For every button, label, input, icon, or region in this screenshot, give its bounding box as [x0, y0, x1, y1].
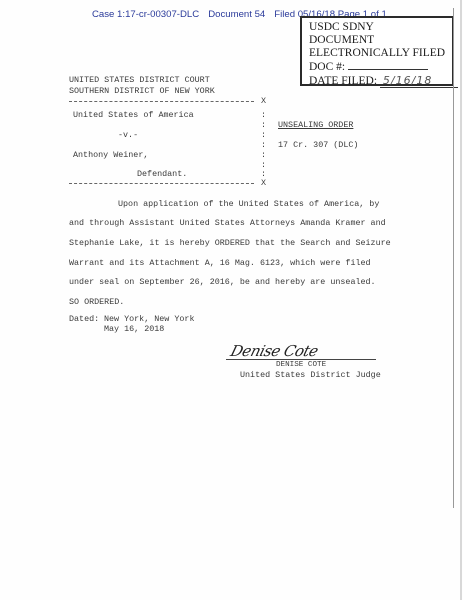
page-edge — [460, 0, 462, 600]
plaintiff-name: United States of America — [73, 110, 194, 120]
stamp-date-label: DATE FILED: — [309, 75, 377, 87]
signature-line — [226, 359, 376, 360]
scan-edge-line — [453, 8, 454, 508]
defendant-name: Anthony Weiner, — [73, 150, 148, 160]
caption-colon: : — [261, 120, 266, 130]
stamp-electronically-filed: ELECTRONICALLY FILED — [309, 47, 452, 60]
dated-place: New York, New York — [104, 314, 194, 324]
stamp-date-handwritten: 5/16/18 — [380, 74, 458, 88]
judge-title: United States District Judge — [240, 370, 381, 380]
document-page: Case 1:17-cr-00307-DLCDocument 54Filed 0… — [0, 0, 463, 600]
judge-handwritten-signature: Denise Cote — [229, 342, 320, 360]
body-line-1: Upon application of the United States of… — [118, 199, 379, 209]
caption-bottom-rule — [69, 183, 254, 184]
caption-top-x: X — [261, 96, 266, 106]
case-number: 17 Cr. 307 (DLC) — [278, 140, 358, 150]
body-line-5: under seal on September 26, 2016, be and… — [69, 277, 376, 287]
stamp-document: DOCUMENT — [309, 34, 452, 47]
stamp-court: USDC SDNY — [309, 21, 452, 34]
body-line-4: Warrant and its Attachment A, 16 Mag. 61… — [69, 258, 371, 268]
body-line-2: and through Assistant United States Atto… — [69, 218, 386, 228]
order-title: UNSEALING ORDER — [278, 120, 353, 130]
stamp-doc-blank — [348, 60, 428, 70]
caption-colon: : — [261, 130, 266, 140]
body-line-3: Stephanie Lake, it is hereby ORDERED tha… — [69, 238, 391, 248]
caption-colon: : — [261, 150, 266, 160]
judge-name: DENISE COTE — [276, 361, 326, 369]
clerk-filing-stamp: USDC SDNY DOCUMENT ELECTRONICALLY FILED … — [300, 16, 454, 86]
caption-colon: : — [261, 110, 266, 120]
case-number-header: Case 1:17-cr-00307-DLC — [92, 9, 199, 20]
dated-label: Dated: — [69, 314, 99, 324]
caption-top-rule — [69, 101, 254, 102]
stamp-doc-label: DOC #: — [309, 61, 345, 73]
defendant-label: Defendant. — [137, 169, 187, 179]
court-name-line2: SOUTHERN DISTRICT OF NEW YORK — [69, 86, 215, 96]
dated-date: May 16, 2018 — [104, 324, 164, 334]
caption-bottom-x: X — [261, 178, 266, 188]
document-number-header: Document 54 — [208, 9, 265, 20]
court-name-line1: UNITED STATES DISTRICT COURT — [69, 75, 210, 85]
versus-label: -v.- — [118, 130, 138, 140]
caption-colon: : — [261, 140, 266, 150]
so-ordered: SO ORDERED. — [69, 297, 124, 307]
